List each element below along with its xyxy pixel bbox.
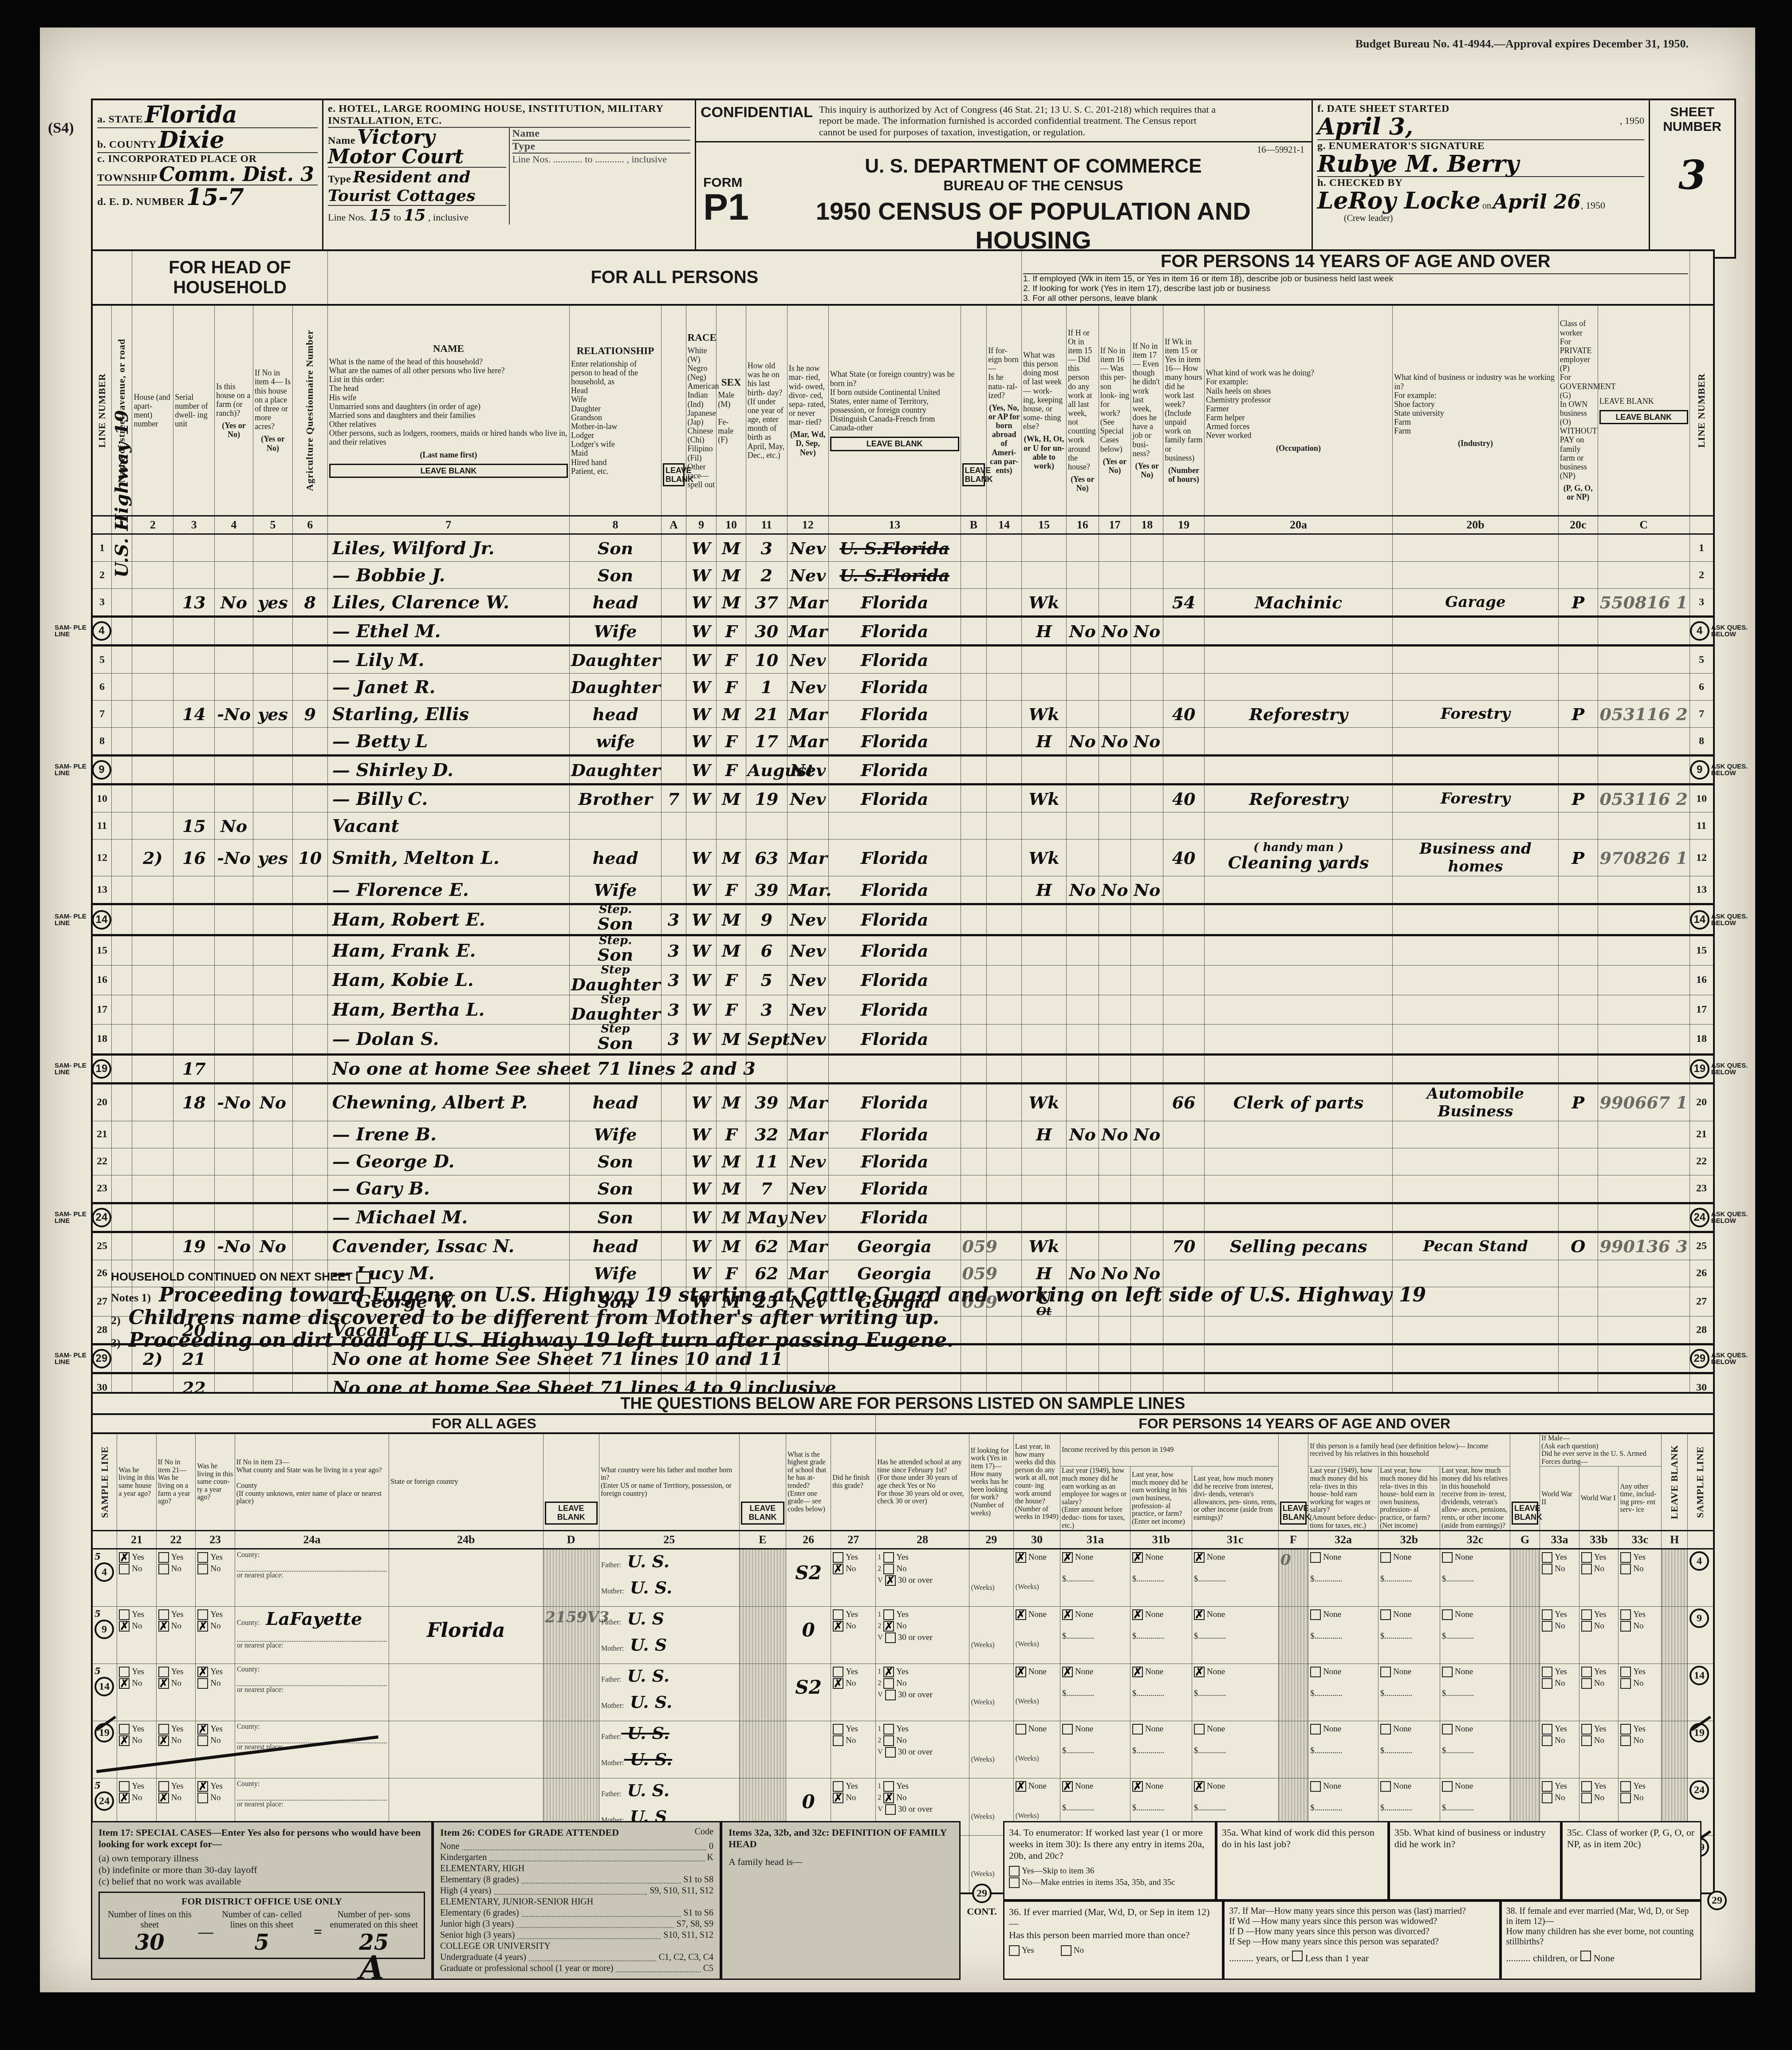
sample-row: 54✗YesNoYesNoYesNoCounty:or nearest plac… <box>92 1549 1714 1607</box>
q28-yes-label: Yes <box>896 1610 909 1620</box>
cell-ln: 13 <box>92 876 111 904</box>
doing-last-week: Wk <box>1029 848 1059 868</box>
cell-value-sex: F <box>725 1124 737 1144</box>
table-row: 13— Florence E.WifeWF39Mar.FloridaHNoNoN… <box>92 876 1714 904</box>
cell-i18 <box>1131 1175 1163 1203</box>
cell-value-cls: P <box>1571 1092 1584 1112</box>
sample-line-circle: 19 <box>95 1723 114 1742</box>
cell-value-i17: No <box>1102 1124 1128 1144</box>
q33c-yes-label: Yes <box>1633 1553 1646 1562</box>
industry: Garage <box>1445 593 1505 611</box>
cell-H <box>1662 1664 1688 1721</box>
cell-value-sex: F <box>725 621 737 641</box>
item37-box: 37. If Mar—How many years since this per… <box>1223 1900 1500 1980</box>
cell-parents: Father: U. S.Mother: U. S. <box>599 1721 739 1778</box>
cell-i19 <box>1163 1054 1205 1083</box>
cell-house <box>132 1203 173 1232</box>
q33c-no: No <box>1620 1793 1659 1803</box>
cell-q32a: None$.............. <box>1308 1721 1378 1778</box>
cell-agq <box>292 562 327 589</box>
cell-state <box>389 1664 543 1721</box>
cell-occ <box>1205 1121 1393 1148</box>
sample-column-number: 33c <box>1619 1531 1662 1549</box>
cell-i17 <box>1099 562 1131 589</box>
q30-none-box <box>1016 1724 1026 1735</box>
q27-no-box: ✗ <box>833 1678 843 1689</box>
margin-mark: 5 <box>95 1780 101 1791</box>
q27-yes-label: Yes <box>846 1610 858 1620</box>
cell-mar: Nev <box>787 756 828 785</box>
column-header-B: LEAVE BLANK <box>961 305 987 516</box>
q21-no-label: No <box>132 1621 142 1631</box>
column-number <box>92 516 111 534</box>
cell-i17 <box>1099 534 1131 562</box>
cell-sex: M <box>717 785 746 812</box>
leave-blank-box: LEAVE BLANK <box>741 1502 784 1525</box>
sample-line-badge: SAM- PLE LINE24 <box>55 1208 111 1227</box>
cell-ln: 27 <box>92 1287 111 1316</box>
amount-line: $.............. <box>1442 1803 1508 1813</box>
cell-house: 2) <box>132 840 173 876</box>
leader <box>616 1963 700 1972</box>
cell-i16 <box>1067 1083 1099 1121</box>
cell-cls: O <box>1558 1232 1598 1260</box>
q31a-none-box <box>1062 1724 1073 1735</box>
q21-yes: Yes <box>119 1781 154 1792</box>
cell-value-mar: Nev <box>790 1207 826 1227</box>
relationship: wife <box>596 731 635 751</box>
ed-number-value: 15-7 <box>186 184 244 211</box>
grade-code-value: S1 to S6 <box>683 1908 713 1919</box>
cell-b <box>961 534 987 562</box>
line-number-left: 12 <box>97 852 107 863</box>
q33a-no-label: No <box>1555 1793 1565 1803</box>
cell-code <box>1598 966 1690 995</box>
cell-i16 <box>1067 756 1099 785</box>
cell-cls <box>1558 904 1598 935</box>
n2: 2 <box>878 1679 881 1687</box>
column-body: What kind of work was he doing? For exam… <box>1206 368 1391 440</box>
column-body: If No in item 4— Is this house on a plac… <box>255 368 291 431</box>
q33b-no: No <box>1581 1678 1616 1689</box>
column-body: LEAVE BLANK <box>1599 397 1688 406</box>
state-label: a. STATE <box>97 114 143 125</box>
cell-a <box>662 1175 686 1203</box>
cell-serial <box>173 904 215 935</box>
dotted-line <box>237 1559 387 1572</box>
birthplace: Florida <box>861 910 928 930</box>
q31b-none: ✗None <box>1132 1667 1190 1677</box>
cell-house <box>132 589 173 617</box>
ask-ques-badge: 29ASK QUES. BELOW <box>1690 1349 1756 1368</box>
q22-no-label: No <box>171 1679 181 1688</box>
cell-value-agq: 9 <box>304 704 316 724</box>
cell-occ: ( handy man )Cleaning yards <box>1205 840 1393 876</box>
cell-serial: 17 <box>173 1054 215 1083</box>
q23-no: No <box>197 1735 232 1746</box>
cell-value-sex: M <box>722 1151 740 1171</box>
amount-line: $.............. <box>1310 1746 1376 1755</box>
q23-no-box <box>197 1678 208 1689</box>
q32b-none-label: None <box>1393 1724 1411 1734</box>
cell-G <box>1510 1721 1540 1778</box>
cell-house <box>132 674 173 701</box>
q28-30over-box: ✗ <box>885 1575 896 1586</box>
cell-i16 <box>1067 674 1099 701</box>
cell-i14 <box>987 935 1022 966</box>
item17-case: (b) indefinite or more than 30-day layof… <box>98 1864 425 1876</box>
person-name: Liles, Clarence W. <box>327 589 569 617</box>
cell-street <box>111 876 132 904</box>
cell-mar: Nev <box>787 1203 828 1232</box>
cell-a <box>662 589 686 617</box>
cell-i14 <box>987 812 1022 840</box>
cell-value-cls: P <box>1571 592 1584 612</box>
cell-rn: 20 <box>1690 1083 1714 1121</box>
cell-value-agq: 8 <box>304 592 316 612</box>
person-name: Ham, Bertha L. <box>327 995 569 1024</box>
cell-28: 1Yes2NoV30 or over <box>876 1721 969 1778</box>
cell-age: 10 <box>746 646 787 674</box>
cell-i19 <box>1163 1121 1205 1148</box>
line-nos: Line Nos. 15 to 15 , inclusive <box>328 206 506 225</box>
cell-sex: M <box>717 534 746 562</box>
column-number: A <box>662 516 686 534</box>
q27-no-label: No <box>846 1564 856 1574</box>
cell-ln: 8 <box>92 728 111 756</box>
column-foot: (Last name first) <box>329 450 568 459</box>
cell-i18 <box>1131 1232 1163 1260</box>
cell-i15: Wk <box>1022 701 1067 728</box>
sample-line-label: SAM- PLE LINE <box>55 763 90 777</box>
cell-cls <box>1558 812 1598 840</box>
cell-i15 <box>1022 646 1067 674</box>
q31a-none: None <box>1062 1724 1128 1735</box>
grade-code-line: Elementary (6 grades)S1 to S6 <box>440 1908 713 1919</box>
cell-mar: Mar <box>787 840 828 876</box>
cell-rn: 99ASK QUES. BELOW <box>1690 756 1714 785</box>
cell-code <box>1598 904 1690 935</box>
cell-i15 <box>1022 904 1067 935</box>
cell-i15 <box>1022 562 1067 589</box>
q33c-no: No <box>1620 1621 1659 1632</box>
q33a-yes-box <box>1542 1609 1552 1620</box>
cell-value-farm: No <box>221 816 247 836</box>
sample-column-number: E <box>739 1531 786 1549</box>
table-row: 1115NoVacant11 <box>92 812 1714 840</box>
q31c-none-box: ✗ <box>1194 1552 1205 1563</box>
cell-agq <box>292 674 327 701</box>
amount-line: $.............. <box>1380 1689 1438 1698</box>
hotel-type2-label: Type <box>512 141 536 152</box>
cell-house <box>132 701 173 728</box>
q33c-yes-label: Yes <box>1633 1782 1646 1791</box>
cell-q33a: YesNo <box>1540 1549 1579 1607</box>
relationship: Son <box>598 565 633 585</box>
line-number-left: 17 <box>97 1004 107 1015</box>
cell-i18 <box>1131 1083 1163 1121</box>
cell-mar: Nev <box>787 674 828 701</box>
cell-serial: 18 <box>173 1083 215 1121</box>
cell-serial <box>173 1121 215 1148</box>
table-row: 5— Lily M.DaughterWF10NevFlorida5 <box>92 646 1714 674</box>
cell-rn: 6 <box>1690 674 1714 701</box>
amount-line: $.............. <box>1310 1803 1376 1813</box>
column-header-line: LINE NUMBER <box>92 305 111 516</box>
cell-value-age: 21 <box>755 704 778 724</box>
column-foot: (Wk, H, Ot, or U for un- able to work) <box>1023 434 1065 470</box>
q27-yes-label: Yes <box>846 1782 858 1791</box>
item17-title: Item 17: SPECIAL CASES—Enter Yes also fo… <box>98 1827 425 1850</box>
cell-acres: yes <box>253 701 293 728</box>
leader <box>522 1908 681 1917</box>
cell-bp: Florida <box>828 646 961 674</box>
grade-code-label: ELEMENTARY, HIGH <box>440 1863 524 1874</box>
cell-mar: Mar <box>787 1083 828 1121</box>
q30-none: ✗None <box>1016 1781 1058 1792</box>
ask-ques-circle: 19 <box>1690 1059 1709 1079</box>
cell-mar: Nev <box>787 785 828 812</box>
q23-yes-label: Yes <box>210 1667 223 1677</box>
cell-q31a: None$.............. <box>1060 1721 1130 1778</box>
cell-ind <box>1393 995 1559 1024</box>
q21-yes: Yes <box>119 1667 154 1677</box>
cell-ln: 5 <box>92 646 111 674</box>
note-item: 3)Proceeding on dirt road off U.S. Highw… <box>111 1329 1682 1352</box>
q21-no-label: No <box>132 1793 142 1803</box>
cell-i19: 40 <box>1163 701 1205 728</box>
cell-value-i18: No <box>1134 731 1160 751</box>
q28-no: 2No <box>878 1564 967 1574</box>
cell-sex: M <box>717 840 746 876</box>
cell-i16 <box>1067 966 1099 995</box>
q28-30over: V30 or over <box>878 1690 967 1700</box>
cell-i17: No <box>1099 728 1131 756</box>
q21-yes-label: Yes <box>132 1667 144 1677</box>
cell-value-i19: 54 <box>1172 592 1196 612</box>
birthplace: Florida <box>861 848 928 868</box>
column-body: Last year (1949), how much money did he … <box>1062 1467 1129 1530</box>
cell-age: 21 <box>746 701 787 728</box>
q21-no: ✗No <box>119 1621 154 1632</box>
cell-value-mar: Nev <box>790 760 826 780</box>
cell-county: County: LaFayetteor nearest place: <box>235 1607 389 1664</box>
cell-value-i17: No <box>1102 880 1128 900</box>
column-body: What country were his father and mother … <box>601 1467 738 1498</box>
q33b-yes: Yes <box>1581 1552 1616 1563</box>
column-body: Last year, how much money did he earn wo… <box>1132 1471 1190 1526</box>
cell-28: 1Yes2✗NoV30 or over <box>876 1607 969 1664</box>
cell-cls: P <box>1558 840 1598 876</box>
q21-yes-box <box>119 1781 130 1792</box>
sample-line-circle: 9 <box>95 1620 114 1639</box>
industry: Business and homes <box>1419 840 1532 875</box>
cell-a <box>662 1203 686 1232</box>
cell-q22: Yes✗No <box>156 1721 195 1778</box>
sample-row: 59Yes✗NoYes✗NoYes✗NoCounty: LaFayetteor … <box>92 1607 1714 1664</box>
cell-cls <box>1558 728 1598 756</box>
cell-ind <box>1393 1175 1559 1203</box>
grade-code-value: C5 <box>703 1963 713 1974</box>
q30-none-box: ✗ <box>1016 1667 1026 1677</box>
column-number: 10 <box>717 516 746 534</box>
sample-column-number: 33a <box>1540 1531 1579 1549</box>
relationship: head <box>593 704 638 724</box>
q27-no-box: ✗ <box>833 1621 843 1632</box>
geo-fields: a. STATE Florida b. COUNTY Dixie c. INCO… <box>93 100 323 257</box>
cell-value-age: 3 <box>761 1000 772 1020</box>
state-value: Florida <box>145 101 237 128</box>
ask-ques-circle: 9 <box>1690 760 1709 780</box>
column-number: 8 <box>570 516 662 534</box>
amount-line: $.............. <box>1442 1689 1508 1698</box>
cell-q32a: None$.............. <box>1308 1664 1378 1721</box>
cell-rn: 23 <box>1690 1175 1714 1203</box>
cell-value-race: W <box>692 565 711 585</box>
cell-29: (Weeks) <box>969 1721 1013 1778</box>
cell-b <box>961 840 987 876</box>
cell-rel: Son <box>570 534 662 562</box>
cell-q31c: ✗None$.............. <box>1192 1607 1278 1664</box>
line-number-right: 16 <box>1696 974 1707 986</box>
grade-code-value: C1, C2, C3, C4 <box>659 1952 713 1963</box>
q28-yes-box <box>883 1552 894 1563</box>
cell-q33a: YesNo <box>1540 1664 1579 1721</box>
cell-occ <box>1205 966 1393 995</box>
relationship: head <box>593 1236 638 1256</box>
sample-line-badge: SAM- PLE LINE29 <box>55 1349 111 1368</box>
cell-value-acres: yes <box>258 704 288 724</box>
person-name: — Billy C. <box>327 785 569 812</box>
relationship: Son <box>598 1033 633 1053</box>
q32a-none: None <box>1310 1781 1376 1792</box>
ask-ques-label: ASK QUES. BELOW <box>1711 1352 1756 1365</box>
col-D: LEAVE BLANK <box>543 1433 599 1531</box>
grade-value: S2 <box>788 1562 829 1584</box>
q28-no-label: No <box>896 1679 906 1688</box>
cell-age <box>746 812 787 840</box>
cell-i14 <box>987 785 1022 812</box>
ask-ques-label: ASK QUES. BELOW <box>1711 1211 1756 1224</box>
cell-farm <box>215 646 253 674</box>
q28-30over-box <box>885 1632 896 1643</box>
cell-i18 <box>1131 589 1163 617</box>
cell-q32c: None$.............. <box>1440 1664 1510 1721</box>
q31a-none-box: ✗ <box>1062 1552 1073 1563</box>
q23-yes-box: ✗ <box>197 1667 208 1677</box>
q28-no-label: No <box>896 1793 906 1803</box>
ask-ques-circle: 4 <box>1690 621 1709 641</box>
grade-code-label: High (4 years) <box>440 1885 492 1896</box>
q28-30over: V✗30 or over <box>878 1575 967 1586</box>
q22-no: ✗No <box>158 1678 193 1689</box>
column-body: World War II <box>1541 1490 1577 1506</box>
cell-value-sex: M <box>722 1236 740 1256</box>
q32a-none-box <box>1310 1552 1321 1563</box>
cell-E <box>739 1607 786 1664</box>
cell-b <box>961 1148 987 1175</box>
cell-value-a: 3 <box>668 970 679 990</box>
mother-value: U. S <box>624 1635 667 1655</box>
q22-no: No <box>158 1564 193 1574</box>
q21-yes-box <box>119 1609 130 1620</box>
line-number-left: 7 <box>99 708 105 720</box>
cell-H <box>1662 1549 1688 1607</box>
q33c-yes: Yes <box>1620 1724 1659 1735</box>
q30-none-label: None <box>1028 1610 1047 1620</box>
cell-q23: ✗YesNo <box>196 1721 235 1778</box>
cell-i14 <box>987 1175 1022 1203</box>
cell-rel: StepSon <box>570 1024 662 1054</box>
amount-line: $.............. <box>1062 1574 1128 1584</box>
leader <box>462 1841 706 1850</box>
q32c-none: None <box>1442 1781 1508 1792</box>
column-number: 20b <box>1393 516 1559 534</box>
q32a-none-label: None <box>1323 1610 1341 1620</box>
q32a-none-box <box>1310 1724 1321 1735</box>
amount-line: $.............. <box>1194 1574 1276 1584</box>
column-body: What State (or foreign country) was he b… <box>830 370 959 432</box>
cell-b <box>961 701 987 728</box>
person-name: Vacant <box>327 812 569 840</box>
q32b-none-box <box>1380 1724 1391 1735</box>
line-number-left: 20 <box>97 1096 107 1108</box>
q33b-no-box <box>1581 1735 1592 1746</box>
column-body: If No in item 21— Was he living on a far… <box>158 1459 194 1506</box>
grade-code-line: Senior high (3 years)S10, S11, S12 <box>440 1930 713 1941</box>
cell-b <box>961 812 987 840</box>
cell-b <box>961 876 987 904</box>
cell-value-age: 39 <box>755 1092 778 1112</box>
q27-yes-label: Yes <box>846 1553 858 1562</box>
person-name: — Gary B. <box>327 1175 569 1203</box>
sample-line-circle: 14 <box>92 910 111 930</box>
q33b-no-label: No <box>1594 1736 1604 1746</box>
cell-i16 <box>1067 904 1099 935</box>
cell-sex: M <box>717 1203 746 1232</box>
cell-ln: 4SAM- PLE LINE4 <box>92 617 111 646</box>
line-number-right: 6 <box>1699 681 1704 693</box>
cell-age: 1 <box>746 674 787 701</box>
district-col: Number of per- sons enumerated on this s… <box>327 1910 421 1955</box>
cell-i19: 54 <box>1163 589 1205 617</box>
cell-acres: yes <box>253 589 293 617</box>
cell-value-a: 3 <box>668 941 679 961</box>
line-number-left: 30 <box>97 1382 107 1393</box>
cell-farm <box>215 1148 253 1175</box>
q32b-none: None <box>1380 1667 1438 1677</box>
cell-ind: Automobile Business <box>1393 1083 1559 1121</box>
title-box: CONFIDENTIAL This inquiry is authorized … <box>696 100 1313 257</box>
column-body: What is the name of the head of this hou… <box>329 357 568 447</box>
district-office-title: FOR DISTRICT OFFICE USE ONLY <box>102 1896 421 1907</box>
column-header-13: What State (or foreign country) was he b… <box>828 305 961 516</box>
cell-ind <box>1393 534 1559 562</box>
cell-value-age: 62 <box>755 1236 778 1256</box>
occupation: Cleaning yards <box>1228 852 1369 872</box>
relationship: Wife <box>594 880 637 900</box>
cell-age: 37 <box>746 589 787 617</box>
cell-ln: 3 <box>92 589 111 617</box>
cell-i15 <box>1022 812 1067 840</box>
cell-i16 <box>1067 646 1099 674</box>
q23-yes-box <box>197 1552 208 1563</box>
cell-cls: P <box>1558 1083 1598 1121</box>
line-number-right: 26 <box>1696 1267 1707 1279</box>
cell-race: W <box>686 646 717 674</box>
q32c-none-box <box>1442 1667 1453 1677</box>
cell-a <box>662 617 686 646</box>
